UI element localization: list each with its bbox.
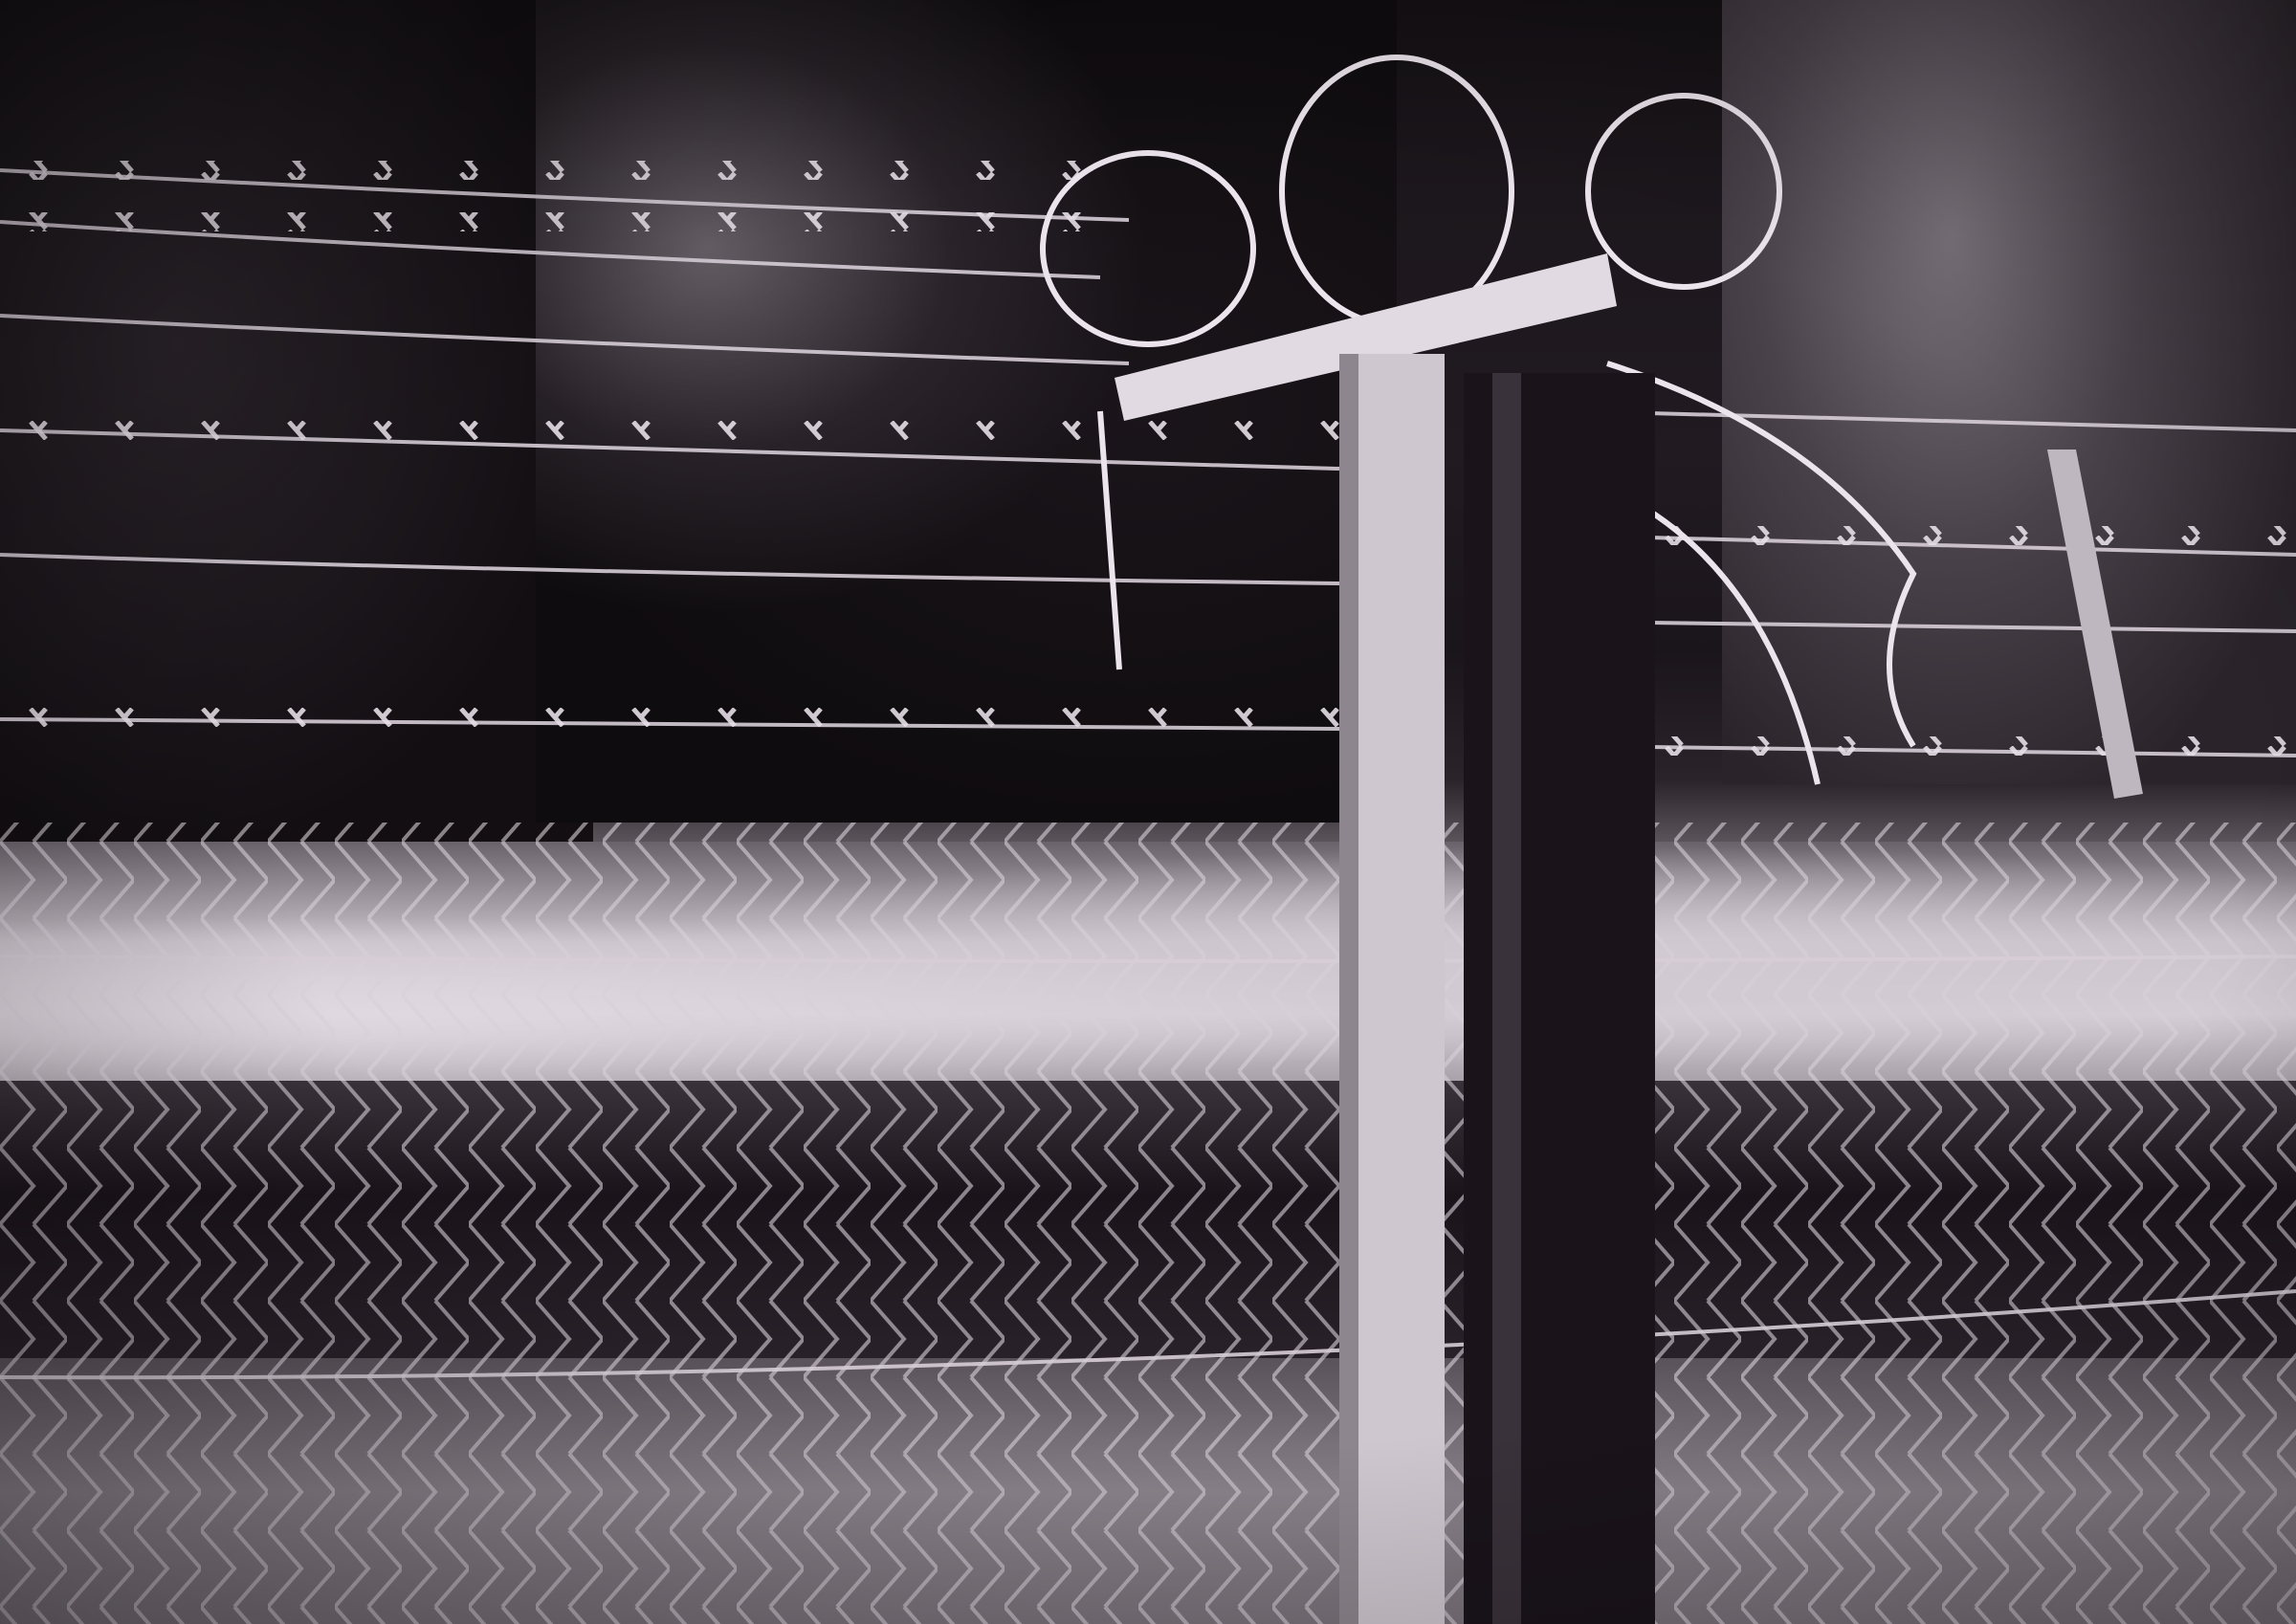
chain-link-mesh [0, 823, 2296, 1624]
fence-wires-overlay [0, 0, 2296, 1624]
fence-photograph [0, 0, 2296, 1624]
barbs [0, 161, 2296, 756]
